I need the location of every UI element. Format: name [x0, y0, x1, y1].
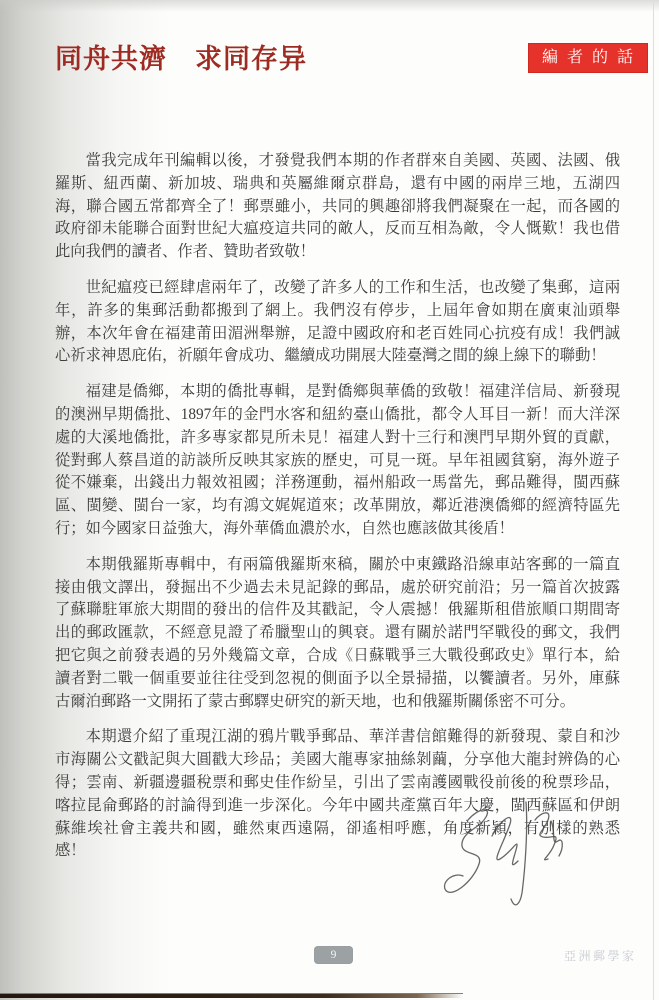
section-badge: 編者的話 — [528, 43, 648, 73]
page-header: 同舟共濟 求同存异 編者的話 — [55, 43, 648, 77]
scan-right-edge — [653, 0, 654, 1000]
paragraph-2: 世紀瘟疫已經肆虐兩年了，改變了許多人的工作和生活，也改變了集郵，這兩年，許多的集… — [55, 277, 620, 368]
journal-name: 亞洲郵學家 — [564, 947, 637, 964]
scan-bottom-edge — [0, 993, 463, 998]
paragraph-3: 福建是僑鄉，本期的僑批專輯，是對僑鄉與華僑的致敬！福建洋信局、新發現的澳洲早期僑… — [55, 381, 620, 541]
editorial-body: 當我完成年刊編輯以後，才發覺我們本期的作者群來自美國、英國、法國、俄羅斯、紐西蘭… — [55, 150, 620, 863]
paragraph-4: 本期俄羅斯專輯中，有兩篇俄羅斯來稿，關於中東鐵路沿線車站客郵的一篇直接由俄文譯出… — [55, 554, 620, 714]
page-number-badge: 9 — [314, 946, 353, 964]
paragraph-1: 當我完成年刊編輯以後，才發覺我們本期的作者群來自美國、英國、法國、俄羅斯、紐西蘭… — [55, 150, 620, 264]
page-title: 同舟共濟 求同存异 — [55, 43, 307, 75]
scan-top-shadow — [0, 0, 659, 12]
editorial-scan-page: 同舟共濟 求同存异 編者的話 當我完成年刊編輯以後，才發覺我們本期的作者群來自美… — [0, 0, 659, 1000]
paragraph-5: 本期還介紹了重現江湖的鴉片戰爭郵品、華洋書信館難得的新發現、蒙自和沙市海關公文戳… — [55, 726, 620, 863]
